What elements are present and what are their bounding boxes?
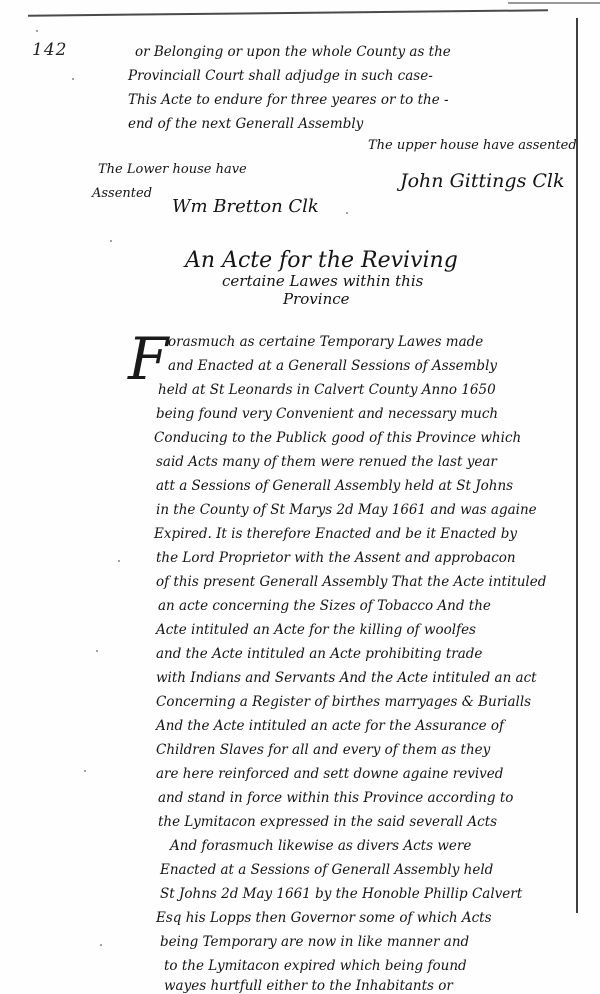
page-number: 142 xyxy=(32,40,67,60)
continuation-line: This Acte to endure for three yeares or … xyxy=(128,92,449,108)
body-line: to the Lymitacon expired which being fou… xyxy=(164,958,467,974)
body-line: att a Sessions of Generall Assembly held… xyxy=(156,478,513,494)
act-title: An Acte for the Reviving xyxy=(185,248,458,273)
scan-speck xyxy=(96,650,98,652)
body-line: And the Acte intituled an acte for the A… xyxy=(156,718,504,734)
top-border-line-right xyxy=(508,2,600,4)
continuation-line: or Belonging or upon the whole County as… xyxy=(135,44,451,60)
body-line: Acte intituled an Acte for the killing o… xyxy=(156,622,476,638)
act-title-line-2: certaine Lawes within this xyxy=(222,272,423,290)
scan-speck xyxy=(72,78,74,80)
body-line: Enacted at a Sessions of Generall Assemb… xyxy=(160,862,493,878)
body-line: And forasmuch likewise as divers Acts we… xyxy=(170,838,471,854)
scan-speck xyxy=(346,212,348,214)
lower-house-signature: Wm Bretton Clk xyxy=(172,196,319,217)
body-line: the Lord Proprietor with the Assent and … xyxy=(156,550,516,566)
body-line: Concerning a Register of birthes marryag… xyxy=(156,694,531,710)
body-line: Expired. It is therefore Enacted and be … xyxy=(154,526,517,542)
body-line: held at St Leonards in Calvert County An… xyxy=(158,382,496,398)
body-line: the Lymitacon expressed in the said seve… xyxy=(158,814,497,830)
scan-speck xyxy=(36,30,38,32)
body-line: orasmuch as certaine Temporary Lawes mad… xyxy=(168,334,483,350)
body-line: St Johns 2d May 1661 by the Honoble Phil… xyxy=(160,886,522,902)
body-line: Children Slaves for all and every of the… xyxy=(156,742,490,758)
continuation-line: end of the next Generall Assembly xyxy=(128,116,363,132)
body-line: Conducing to the Publick good of this Pr… xyxy=(154,430,521,446)
act-title-line-3: Province xyxy=(283,290,350,308)
body-line: wayes hurtfull either to the Inhabitants… xyxy=(164,978,453,994)
upper-house-assent-note: The upper house have assented xyxy=(368,138,577,153)
scan-speck xyxy=(84,770,86,772)
body-line: being found very Convenient and necessar… xyxy=(156,406,498,422)
scan-speck xyxy=(118,560,120,562)
body-line: said Acts many of them were renued the l… xyxy=(156,454,497,470)
body-line: and the Acte intituled an Acte prohibiti… xyxy=(156,646,482,662)
body-line: being Temporary are now in like manner a… xyxy=(160,934,469,950)
body-line: of this present Generall Assembly That t… xyxy=(156,574,546,590)
upper-house-signature: John Gittings Clk xyxy=(400,170,565,192)
continuation-line: Provinciall Court shall adjudge in such … xyxy=(128,68,433,84)
body-line: in the County of St Marys 2d May 1661 an… xyxy=(156,502,537,518)
body-line: an acte concerning the Sizes of Tobacco … xyxy=(158,598,491,614)
body-line: and stand in force within this Province … xyxy=(158,790,513,806)
body-line: with Indians and Servants And the Acte i… xyxy=(156,670,537,686)
body-line: are here reinforced and sett downe again… xyxy=(156,766,503,782)
scan-speck xyxy=(100,944,102,946)
manuscript-page: 142 or Belonging or upon the whole Count… xyxy=(0,0,600,994)
body-line: and Enacted at a Generall Sessions of As… xyxy=(168,358,497,374)
body-line: Esq his Lopps then Governor some of whic… xyxy=(156,910,492,926)
scan-speck xyxy=(110,240,112,242)
lower-house-assent-note-2: Assented xyxy=(92,186,152,201)
lower-house-assent-note: The Lower house have xyxy=(98,162,247,177)
top-border-line xyxy=(28,9,548,16)
drop-cap-letter: F xyxy=(128,330,168,388)
